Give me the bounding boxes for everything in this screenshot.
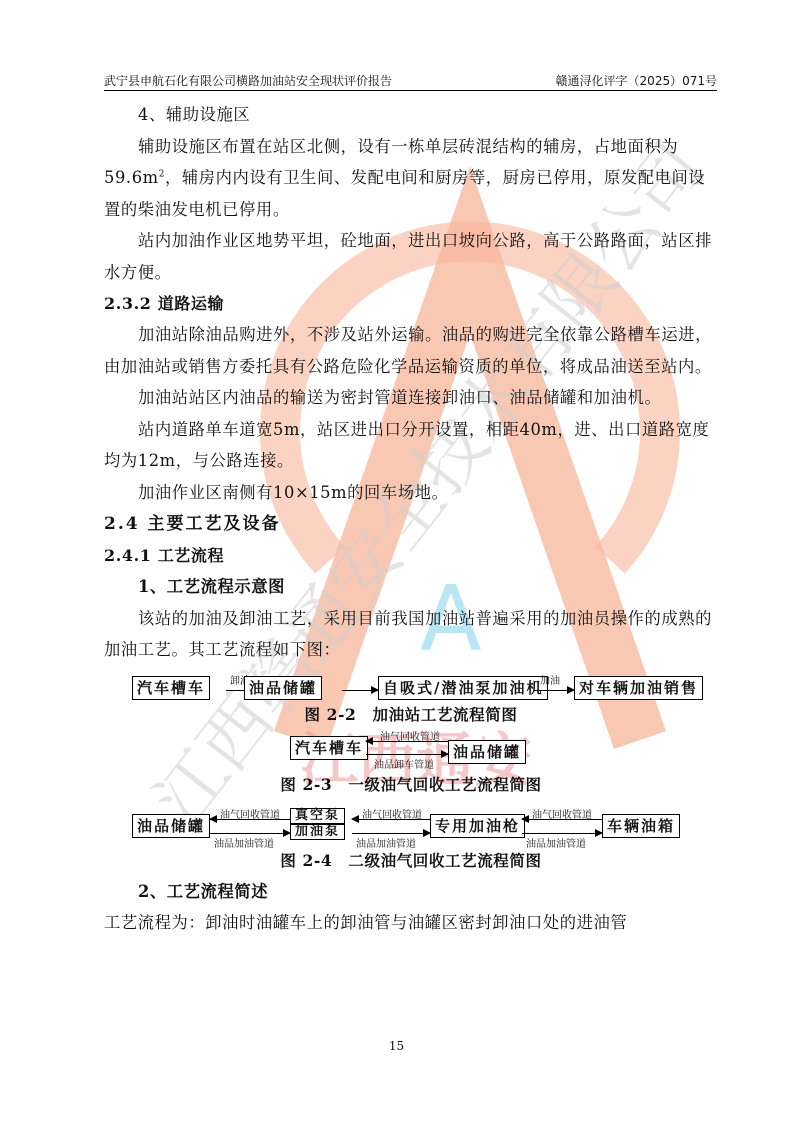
figure-2-2-caption: 图 2-2 加油站工艺流程简图 — [104, 702, 718, 728]
box-tanker-truck-2: 汽车槽车 — [290, 736, 368, 760]
page-header: 武宁县申航石化有限公司横路加油站安全现状评价报告 赣通浔化评字（2025）071… — [104, 70, 717, 91]
aux-paragraph-1: 辅助设施区布置在站区北侧，设有一栋单层砖混结构的辅房，占地面积为59.6m2，辅… — [104, 131, 718, 226]
road-paragraph-3: 站内道路单车道宽5m，站区进出口分开设置，相距40m，进、出口道路宽度均为12m… — [104, 414, 718, 477]
arrow-fuel-3 — [522, 833, 602, 834]
flow-paragraph-1: 该站的加油及卸油工艺，采用目前我国加油站普遍采用的加油员操作的成熟的加油工艺。其… — [104, 603, 718, 666]
flow-subheading-1: 1、工艺流程示意图 — [104, 571, 718, 603]
box-vehicle-tank: 车辆油箱 — [602, 814, 680, 838]
box-fuel-pump: 加油泵 — [290, 824, 345, 840]
figure-2-3-caption: 图 2-3 一级油气回收工艺流程简图 — [104, 770, 718, 800]
report-number: 赣通浔化评字（2025）071号 — [556, 72, 717, 89]
main-heading: 2.4 主要工艺及设备 — [104, 508, 718, 540]
box-storage-tank-3: 油品储罐 — [132, 814, 210, 838]
arrow-to-dispenser — [342, 690, 378, 691]
box-tanker-truck: 汽车槽车 — [132, 676, 210, 700]
road-paragraph-1: 加油站除油品购进外，不涉及站外运输。油品的购进完全依靠公路槽车运进，由加油站或销… — [104, 319, 718, 382]
flow-subheading-2: 2、工艺流程简述 — [104, 876, 718, 908]
box-nozzle: 专用加油枪 — [430, 814, 525, 838]
arrow-fuel-1 — [210, 833, 290, 834]
figure-2-2: 汽车槽车 卸油 油品储罐 自吸式/潜油泵加油机 加油 对车辆加油销售 — [104, 672, 718, 702]
road-paragraph-2: 加油站站区内油品的输送为密封管道连接卸油口、油品储罐和加油机。 — [104, 382, 718, 414]
flow-paragraph-2: 工艺流程为：卸油时油罐车上的卸油管与油罐区密封卸油口处的进油管 — [104, 907, 718, 939]
arrow-unload-pipe — [366, 754, 448, 755]
arrow-fuel-2 — [352, 833, 430, 834]
document-body: 4、辅助设施区 辅助设施区布置在站区北侧，设有一栋单层砖混结构的辅房，占地面积为… — [104, 99, 718, 939]
box-vacuum-pump: 真空泵 — [290, 808, 345, 824]
aux-paragraph-2: 站内加油作业区地势平坦，砼地面，进出口坡向公路，高于公路路面，站区排水方便。 — [104, 225, 718, 288]
arrow-refuel — [534, 690, 574, 691]
aux-title: 4、辅助设施区 — [104, 99, 718, 131]
figure-2-3: 汽车槽车 油气回收管道 油品卸车管道 油品储罐 — [104, 730, 718, 764]
box-storage-tank: 油品储罐 — [244, 676, 322, 700]
road-paragraph-4: 加油作业区南侧有10×15m的回车场地。 — [104, 477, 718, 509]
page-number: 15 — [0, 1039, 793, 1053]
figure-2-4-caption: 图 2-4 二级油气回收工艺流程简图 — [104, 846, 718, 876]
flow-heading: 2.4.1 工艺流程 — [104, 540, 718, 571]
box-dispenser: 自吸式/潜油泵加油机 — [378, 676, 548, 700]
figure-2-4: 油品储罐 油气回收管道 油品加油管道 真空泵 加油泵 油气回收管道 油品加油管道… — [104, 806, 718, 842]
box-vehicle-sales: 对车辆加油销售 — [574, 676, 703, 700]
road-heading: 2.3.2 道路运输 — [104, 288, 718, 319]
box-storage-tank-2: 油品储罐 — [448, 740, 526, 764]
report-title: 武宁县申航石化有限公司横路加油站安全现状评价报告 — [104, 72, 392, 89]
